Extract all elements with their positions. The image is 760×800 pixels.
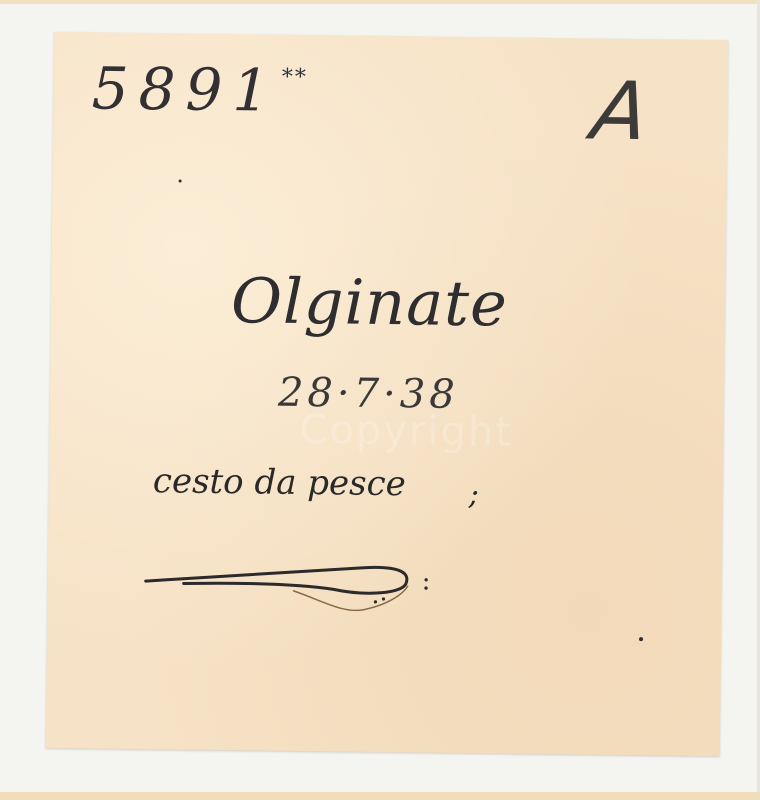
catalog-star-marks: **: [282, 65, 308, 90]
bottom-edge-strip: [0, 792, 760, 800]
photo-canvas: 5891 ** A Olginate 28·7·38 Copyright ces…: [0, 0, 760, 800]
note-text: cesto da pesce: [153, 461, 406, 504]
top-edge-strip: [0, 0, 760, 4]
catalog-number: 5891: [91, 54, 279, 124]
sketch-mark: :: [422, 566, 431, 596]
ink-dot: [639, 637, 643, 641]
note-mark: ;: [469, 477, 480, 512]
category-letter: A: [578, 65, 664, 158]
watermark: Copyright: [299, 407, 513, 456]
wing-sketch-icon: [143, 555, 444, 629]
locality-name: Olginate: [231, 264, 509, 340]
paper-label: 5891 ** A Olginate 28·7·38 Copyright ces…: [46, 32, 729, 756]
ink-dot: [179, 179, 182, 182]
